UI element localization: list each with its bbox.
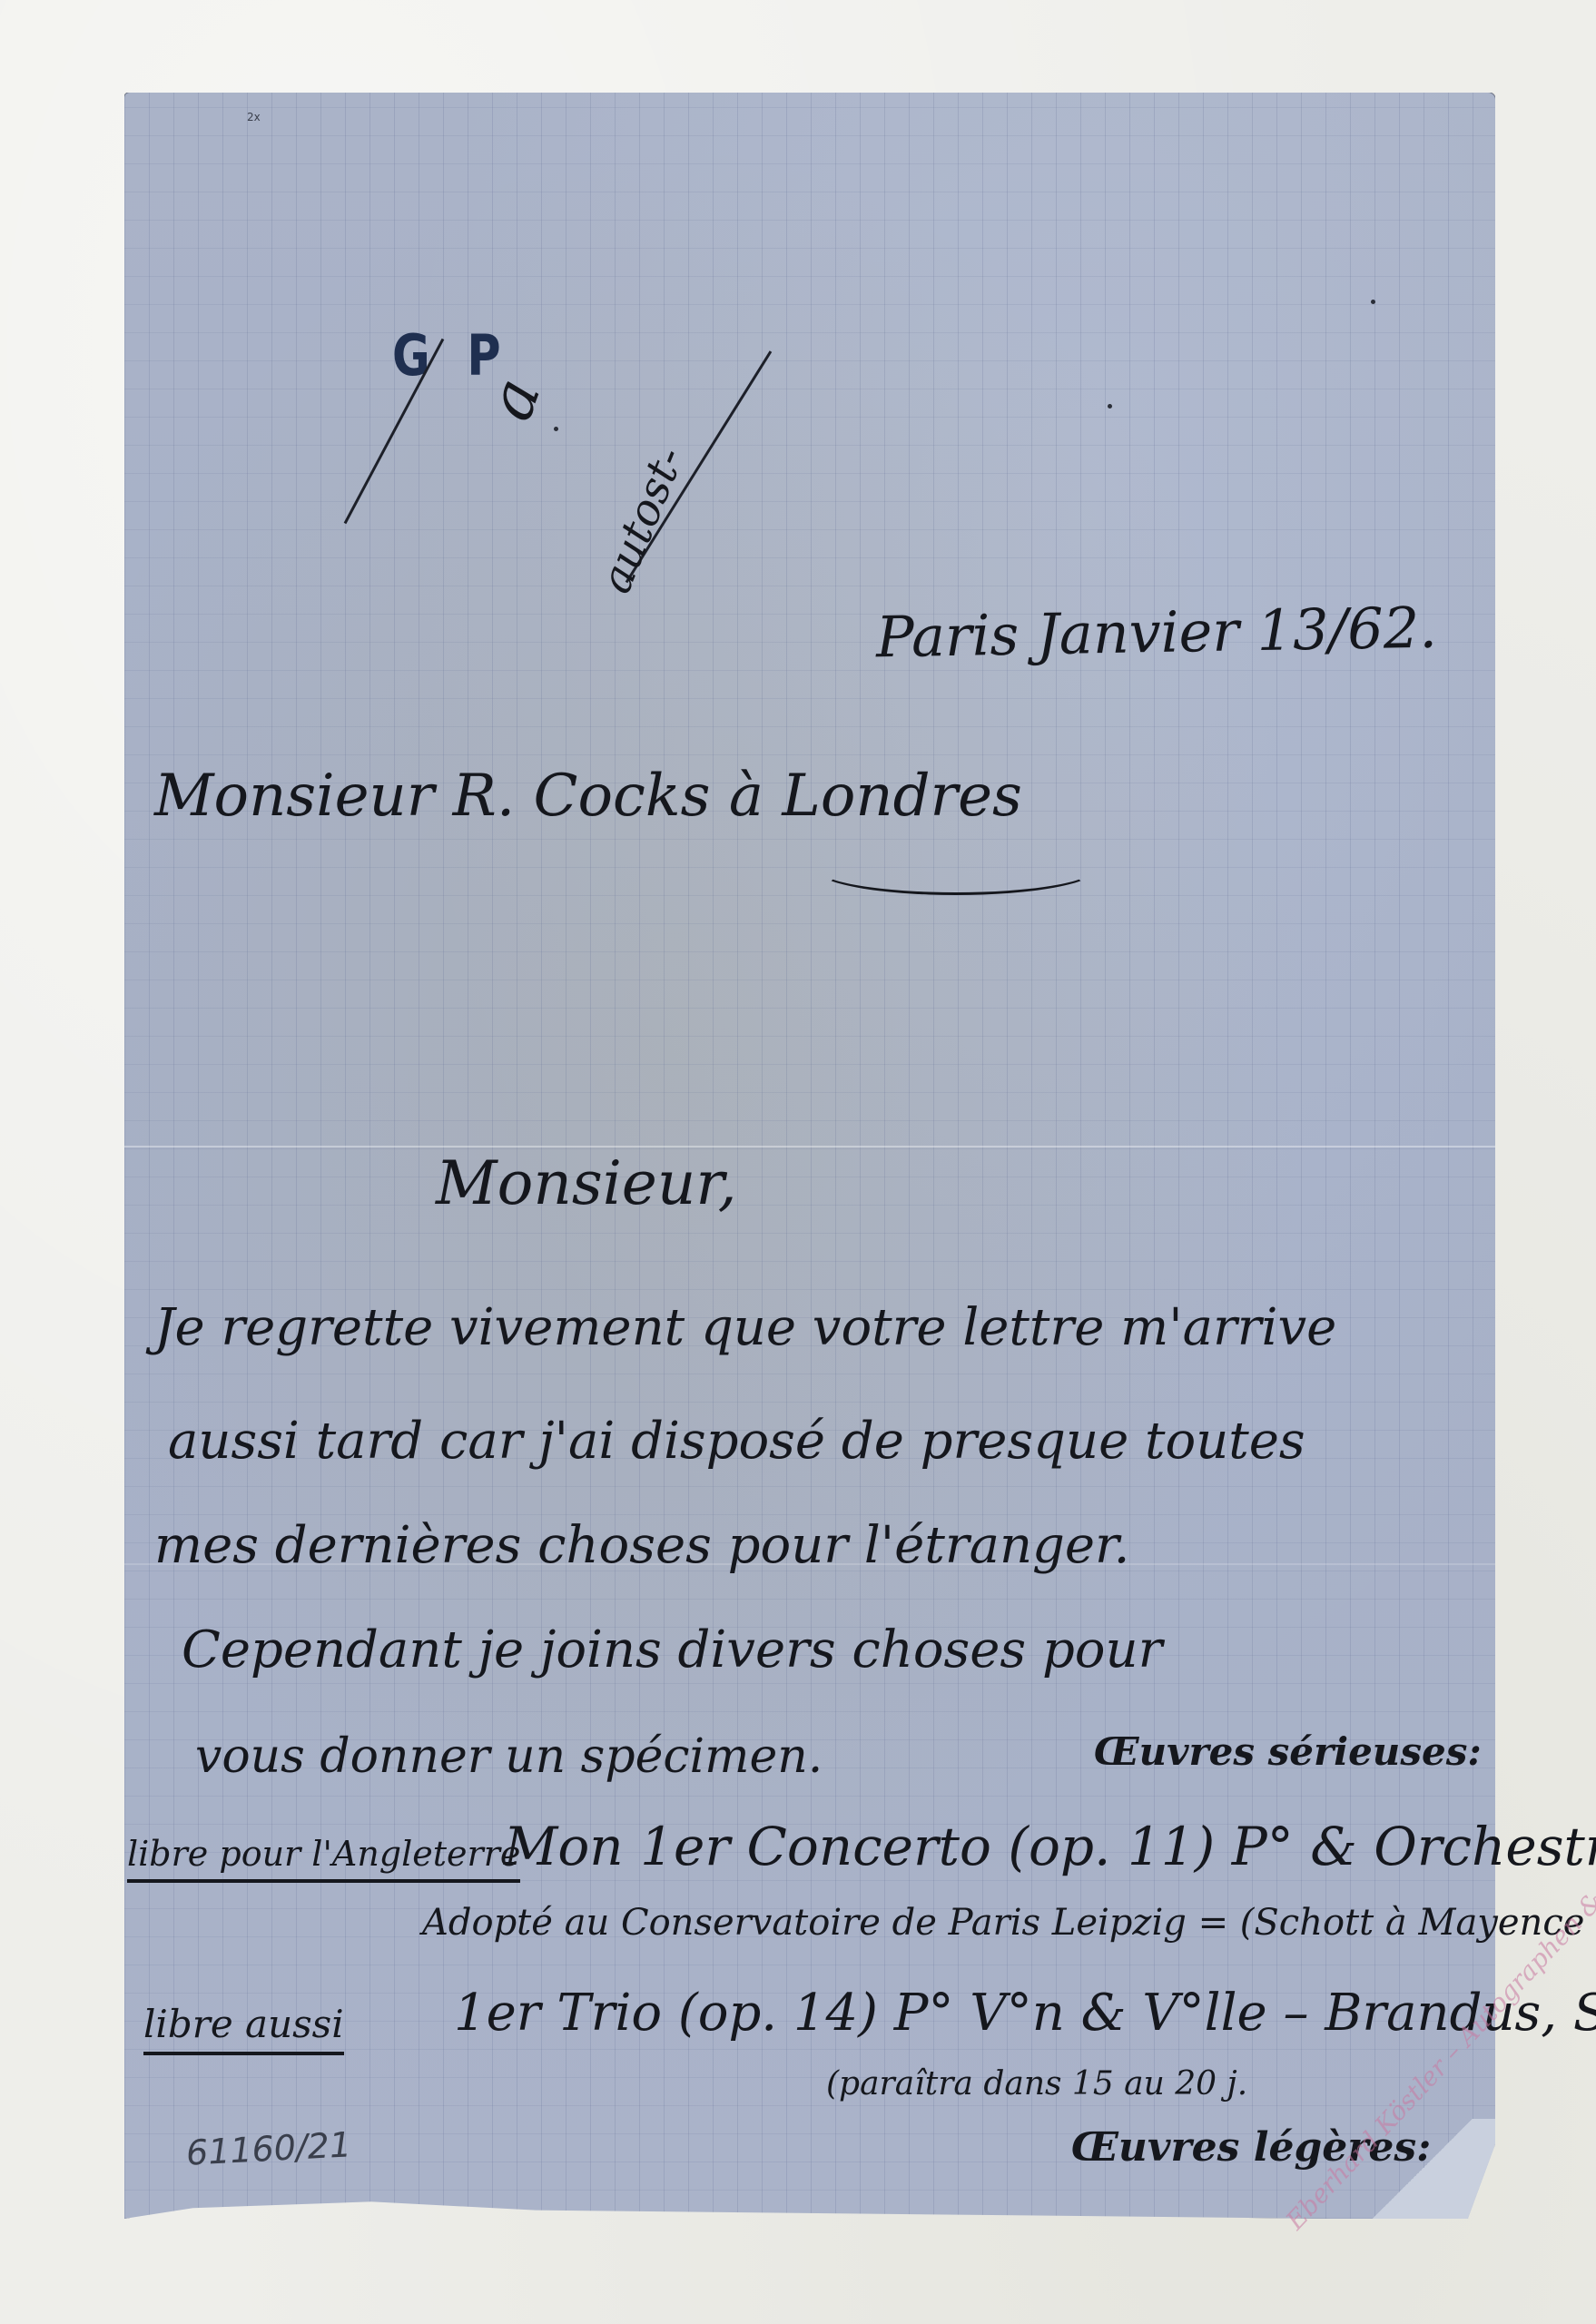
- ink-speck: [1371, 300, 1375, 304]
- work-entry-title: 1er Trio (op. 14) P° V°n & V°lle – Brand…: [454, 1984, 1596, 2043]
- body-line: Cependant je joins divers choses pour: [182, 1620, 1162, 1679]
- body-line: vous donner un spécimen.: [195, 1729, 823, 1784]
- salutation: Monsieur,: [436, 1148, 737, 1218]
- margin-note: libre aussi: [143, 2002, 344, 2055]
- body-line: aussi tard car j'ai disposé de presque t…: [168, 1412, 1305, 1471]
- work-entry-note: (paraîtra dans 15 au 20 j.: [826, 2065, 1247, 2102]
- work-entry-title: Mon 1er Concerto (op. 11) P° & Orchestre: [504, 1816, 1596, 1877]
- top-margin-mark: 2x: [247, 111, 261, 123]
- works-serious-heading: Œuvres sérieuses:: [1094, 1729, 1482, 1774]
- body-line: mes dernières choses pour l'étranger.: [154, 1516, 1129, 1575]
- addressee: Monsieur R. Cocks à Londres: [154, 763, 1022, 830]
- addressee-flourish: [817, 844, 1095, 895]
- ink-speck: [1108, 404, 1112, 409]
- work-entry-note: Adopté au Conservatoire de Paris Leipzig…: [422, 1902, 1584, 1944]
- body-line: Je regrette vivement que votre lettre m'…: [154, 1298, 1336, 1357]
- dateline: Paris Janvier 13/62.: [875, 595, 1437, 671]
- ink-speck: [554, 427, 558, 431]
- margin-note: libre pour l'Angleterre: [127, 1834, 520, 1883]
- letter-sheet: [124, 93, 1495, 2219]
- paper-fold-line: [124, 1146, 1495, 1147]
